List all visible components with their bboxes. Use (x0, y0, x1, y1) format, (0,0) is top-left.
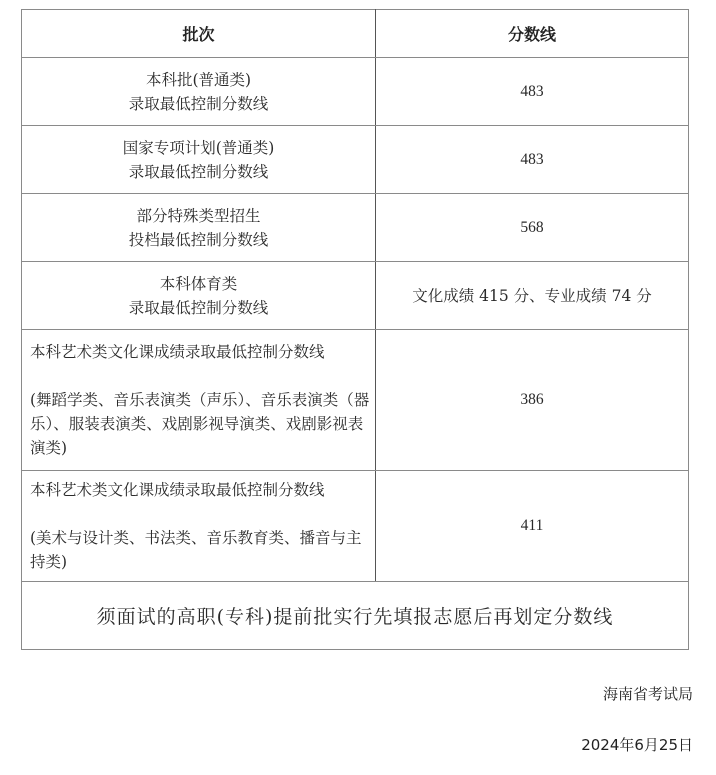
table-row: 本科体育类 录取最低控制分数线 文化成绩 415 分、专业成绩 74 分 (22, 262, 689, 330)
batch-cell: 本科批(普通类) 录取最低控制分数线 (22, 58, 376, 126)
score-cell: 483 (376, 126, 689, 194)
score-cell: 483 (376, 58, 689, 126)
table-row: 国家专项计划(普通类) 录取最低控制分数线 483 (22, 126, 689, 194)
issuer-name: 海南省考试局 (603, 683, 693, 704)
header-batch: 批次 (22, 10, 376, 58)
batch-cell: 本科体育类 录取最低控制分数线 (22, 262, 376, 330)
art-detail: (舞蹈学类、音乐表演类（声乐）、音乐表演类（器乐）、服装表演类、戏剧影视导演类、… (30, 388, 371, 460)
footer-note: 须面试的高职(专科)提前批实行先填报志愿后再划定分数线 (22, 582, 689, 650)
batch-cell: 国家专项计划(普通类) 录取最低控制分数线 (22, 126, 376, 194)
batch-desc: 投档最低控制分数线 (22, 228, 375, 252)
batch-name: 国家专项计划(普通类) (22, 136, 375, 160)
header-score-line: 分数线 (376, 10, 689, 58)
batch-desc: 录取最低控制分数线 (22, 92, 375, 116)
batch-name: 本科体育类 (22, 272, 375, 296)
score-cell: 568 (376, 194, 689, 262)
table-row-art: 本科艺术类文化课成绩录取最低控制分数线 (舞蹈学类、音乐表演类（声乐）、音乐表演… (22, 330, 689, 471)
batch-desc: 录取最低控制分数线 (22, 160, 375, 184)
issue-date: 2024年6月25日 (581, 734, 693, 755)
batch-name: 部分特殊类型招生 (22, 204, 375, 228)
table-row-art: 本科艺术类文化课成绩录取最低控制分数线 (美术与设计类、书法类、音乐教育类、播音… (22, 471, 689, 582)
batch-cell: 本科艺术类文化课成绩录取最低控制分数线 (美术与设计类、书法类、音乐教育类、播音… (22, 471, 376, 582)
score-cell: 386 (376, 330, 689, 471)
table-header-row: 批次 分数线 (22, 10, 689, 58)
batch-cell: 部分特殊类型招生 投档最低控制分数线 (22, 194, 376, 262)
table-footer-row: 须面试的高职(专科)提前批实行先填报志愿后再划定分数线 (22, 582, 689, 650)
table-row: 本科批(普通类) 录取最低控制分数线 483 (22, 58, 689, 126)
batch-cell: 本科艺术类文化课成绩录取最低控制分数线 (舞蹈学类、音乐表演类（声乐）、音乐表演… (22, 330, 376, 471)
batch-desc: 录取最低控制分数线 (22, 296, 375, 320)
batch-name: 本科批(普通类) (22, 68, 375, 92)
table-row: 部分特殊类型招生 投档最低控制分数线 568 (22, 194, 689, 262)
art-detail: (美术与设计类、书法类、音乐教育类、播音与主持类) (30, 526, 371, 574)
score-line-table: 批次 分数线 本科批(普通类) 录取最低控制分数线 483 国家专项计划(普通类… (21, 9, 689, 650)
score-cell: 411 (376, 471, 689, 582)
art-title: 本科艺术类文化课成绩录取最低控制分数线 (30, 340, 371, 364)
score-cell: 文化成绩 415 分、专业成绩 74 分 (376, 262, 689, 330)
art-title: 本科艺术类文化课成绩录取最低控制分数线 (30, 478, 371, 502)
